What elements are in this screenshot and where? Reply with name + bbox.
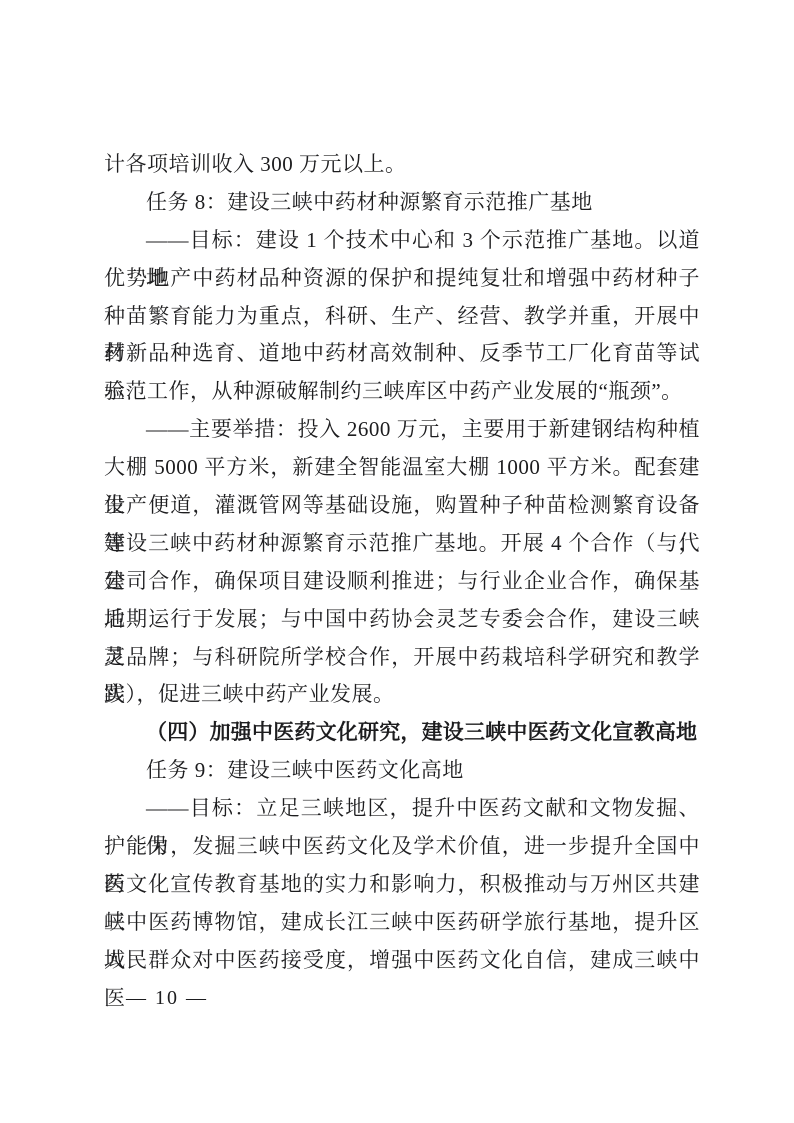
text-line: 践），促进三峡中药产业发展。 <box>104 676 700 714</box>
text-line: 任务 8：建设三峡中药材种源繁育示范推广基地 <box>104 184 700 222</box>
text-line: ——主要举措：投入 2600 万元，主要用于新建钢结构种植 <box>104 411 700 449</box>
document-body: 计各项培训收入 300 万元以上。任务 8：建设三峡中药材种源繁育示范推广基地—… <box>104 146 700 980</box>
text-line: 计各项培训收入 300 万元以上。 <box>104 146 700 184</box>
text-line: 任务 9：建设三峡中医药文化高地 <box>104 752 700 790</box>
text-line: 示范工作，从种源破解制约三峡库区中药产业发展的“瓶颈”。 <box>104 373 700 411</box>
text-line: ——目标：立足三峡地区，提升中医药文献和文物发掘、保 <box>104 790 700 828</box>
text-line: 公司合作，确保项目建设顺利推进；与行业企业合作，确保基地 <box>104 563 700 601</box>
text-line: 优势地产中药材品种资源的保护和提纯复壮和增强中药材种子 <box>104 260 700 298</box>
text-line: 材新品种选育、道地中药材高效制种、反季节工厂化育苗等试验 <box>104 335 700 373</box>
text-line: 种苗繁育能力为重点，科研、生产、经营、教学并重，开展中药 <box>104 298 700 336</box>
text-line: 后期运行于发展；与中国中药协会灵芝专委会合作，建设三峡灵 <box>104 601 700 639</box>
text-line: 建设三峡中药材种源繁育示范推广基地。开展 4 个合作（与代建 <box>104 525 700 563</box>
page-number: — 10 — <box>126 986 208 1010</box>
text-line: 大棚 5000 平方米，新建全智能温室大棚 1000 平方米。配套建设 <box>104 449 700 487</box>
text-line: 护能力，发掘三峡中医药文化及学术价值，进一步提升全国中医 <box>104 828 700 866</box>
text-line: 芝品牌；与科研院所学校合作，开展中药栽培科学研究和教学实 <box>104 639 700 677</box>
document-page: 计各项培训收入 300 万元以上。任务 8：建设三峡中药材种源繁育示范推广基地—… <box>0 0 794 1123</box>
text-line: ——目标：建设 1 个技术中心和 3 个示范推广基地。以道地 <box>104 222 700 260</box>
text-line: 峡中医药博物馆，建成长江三峡中医药研学旅行基地，提升区域 <box>104 904 700 942</box>
text-line: 药文化宣传教育基地的实力和影响力，积极推动与万州区共建三 <box>104 866 700 904</box>
section-heading: （四）加强中医药文化研究，建设三峡中医药文化宣教高地 <box>104 714 700 752</box>
text-line: 生产便道，灌溉管网等基础设施，购置种子种苗检测繁育设备等， <box>104 487 700 525</box>
text-line: 人民群众对中医药接受度，增强中医药文化自信，建成三峡中医 <box>104 942 700 980</box>
